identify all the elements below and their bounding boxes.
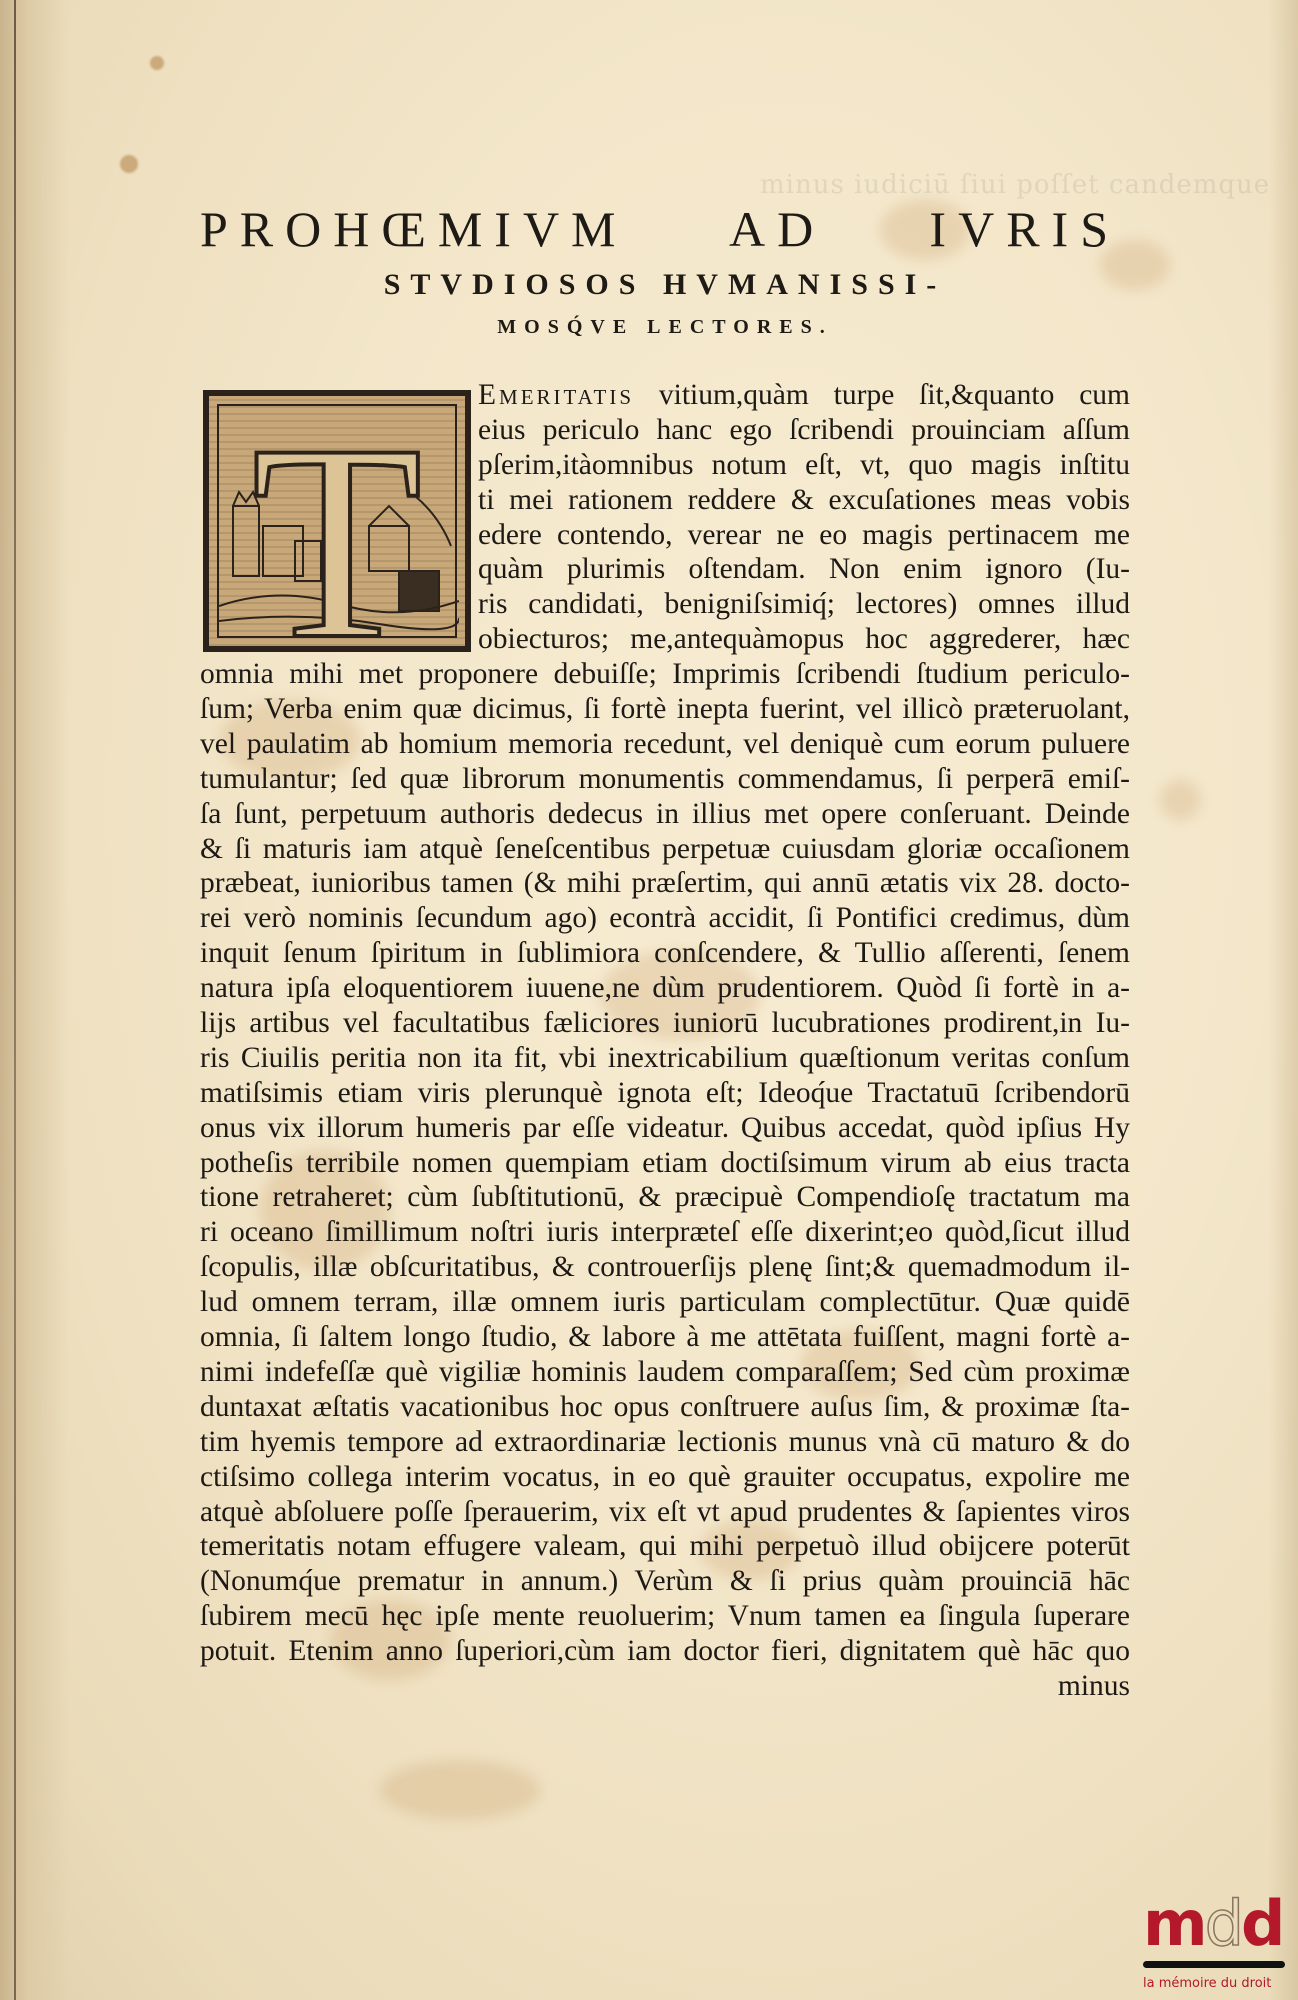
- text-line: natura ipſa eloquentiorem iuuene,ne dùm …: [200, 971, 1130, 1006]
- text-line: nimi indefeſſæ què vigiliæ hominis laude…: [200, 1355, 1130, 1390]
- stain: [1160, 780, 1200, 820]
- text-line: potuit. Etenim anno ſuperiori,cùm iam do…: [200, 1634, 1130, 1669]
- text-line: matiſsimis etiam viris plerunquè ignota …: [200, 1076, 1130, 1111]
- text-line: ctiſsimo collega interim vocatus, in eo …: [200, 1460, 1130, 1495]
- text-line: edere contendo, verear ne eo magis perti…: [478, 518, 1130, 553]
- first-word: Emeritatis: [478, 379, 634, 411]
- text-line: omnia, ſi ſaltem longo ſtudio, & labore …: [200, 1320, 1130, 1355]
- text-line: atquè abſoluere poſſe ſperauerim, vix eſ…: [200, 1495, 1130, 1530]
- text-line: omnia mihi met proponere debuiſſe; Impri…: [200, 657, 1130, 692]
- text-line: pſerim,itàomnibus notum eſt, vt, quo mag…: [478, 448, 1130, 483]
- text-line: tim hyemis tempore ad extraordinariæ lec…: [200, 1425, 1130, 1460]
- text-line: (Nonumq́ue prematur in annum.) Verùm & ſ…: [200, 1564, 1130, 1599]
- text-line: ti mei rationem reddere & excuſationes m…: [478, 483, 1130, 518]
- scanned-page: minus iudiciū ſiui poſſet candemque PROH…: [0, 0, 1298, 2000]
- text-line: vel paulatim ab homium memoria recedunt,…: [200, 727, 1130, 762]
- text-line: & ſi maturis iam atquè ſeneſcentibus per…: [200, 832, 1130, 867]
- title-line-3: MOSQ́VE LECTORES.: [200, 316, 1130, 339]
- text-line: præbeat, iunioribus tamen (& mihi præſer…: [200, 866, 1130, 901]
- text-line: duntaxat æſtatis vacationibus hoc opus c…: [200, 1390, 1130, 1425]
- text-line: Emeritatis vitium,quàm turpe ſit,&quanto…: [478, 378, 1130, 413]
- text-line: inquit ſenum ſpiritum in ſublimiora conſ…: [200, 936, 1130, 971]
- text-line: temeritatis notam effugere valeam, qui m…: [200, 1529, 1130, 1564]
- show-through-text: minus iudiciū ſiui poſſet candemque: [760, 170, 1270, 200]
- binding-crease: [14, 0, 16, 2000]
- foxing-spot: [120, 155, 138, 173]
- title-line-2: STVDIOSOS HVMANISSI-: [200, 268, 1130, 302]
- text-line: obiecturos; me,antequàmopus hoc aggreder…: [478, 622, 1130, 657]
- title-line-1: PROHŒMIVM AD IVRIS: [200, 200, 1120, 258]
- mdd-logo: mdd la mémoire du droit: [1143, 1893, 1283, 1991]
- text-line: onus vix illorum humeris par eſſe videat…: [200, 1111, 1130, 1146]
- text-line: ris candidati, benigniſsimiq́; lectores)…: [478, 587, 1130, 622]
- text-line: ſcopulis, illæ obſcuritatibus, & controu…: [200, 1250, 1130, 1285]
- catchword: minus: [200, 1669, 1130, 1704]
- text-line: tione retraheret; cùm ſubſtitutionū, & p…: [200, 1180, 1130, 1215]
- text-line: ſum; Verba enim quæ dicimus, ſi fortè in…: [200, 692, 1130, 727]
- text-line: potheſis terribile nomen quempiam etiam …: [200, 1146, 1130, 1181]
- body-text: Emeritatis vitium,quàm turpe ſit,&quanto…: [200, 378, 1130, 1704]
- text-line: tumulantur; ſed quæ librorum monumentis …: [200, 762, 1130, 797]
- text-line: lijs artibus vel facultatibus fæliciores…: [200, 1006, 1130, 1041]
- text-line: ſubirem mecū hęc ipſe mente reuoluerim; …: [200, 1599, 1130, 1634]
- logo-underline-bar: [1143, 1961, 1285, 1968]
- text-line: rei verò nominis ſecundum ago) econtrà a…: [200, 901, 1130, 936]
- text-line: ri oceano ſimillimum noſtri iuris interp…: [200, 1215, 1130, 1250]
- logo-tagline: la mémoire du droit: [1143, 1976, 1283, 1991]
- text-line: ſa ſunt, perpetuum authoris dedecus in i…: [200, 797, 1130, 832]
- text-line: quàm plurimis oſtendam. Non enim ignoro …: [478, 552, 1130, 587]
- text-line: ris Ciuilis peritia non ita fit, vbi ine…: [200, 1041, 1130, 1076]
- text-line: eius periculo hanc ego ſcribendi prouinc…: [478, 413, 1130, 448]
- foxing-spot: [150, 56, 164, 70]
- text-line: lud omnem terram, illæ omnem iuris parti…: [200, 1285, 1130, 1320]
- book-gutter: [0, 0, 70, 2000]
- stain: [380, 1760, 540, 1820]
- mdd-logo-mark: mdd: [1143, 1893, 1283, 1955]
- page-edge-shadow: [1268, 0, 1298, 2000]
